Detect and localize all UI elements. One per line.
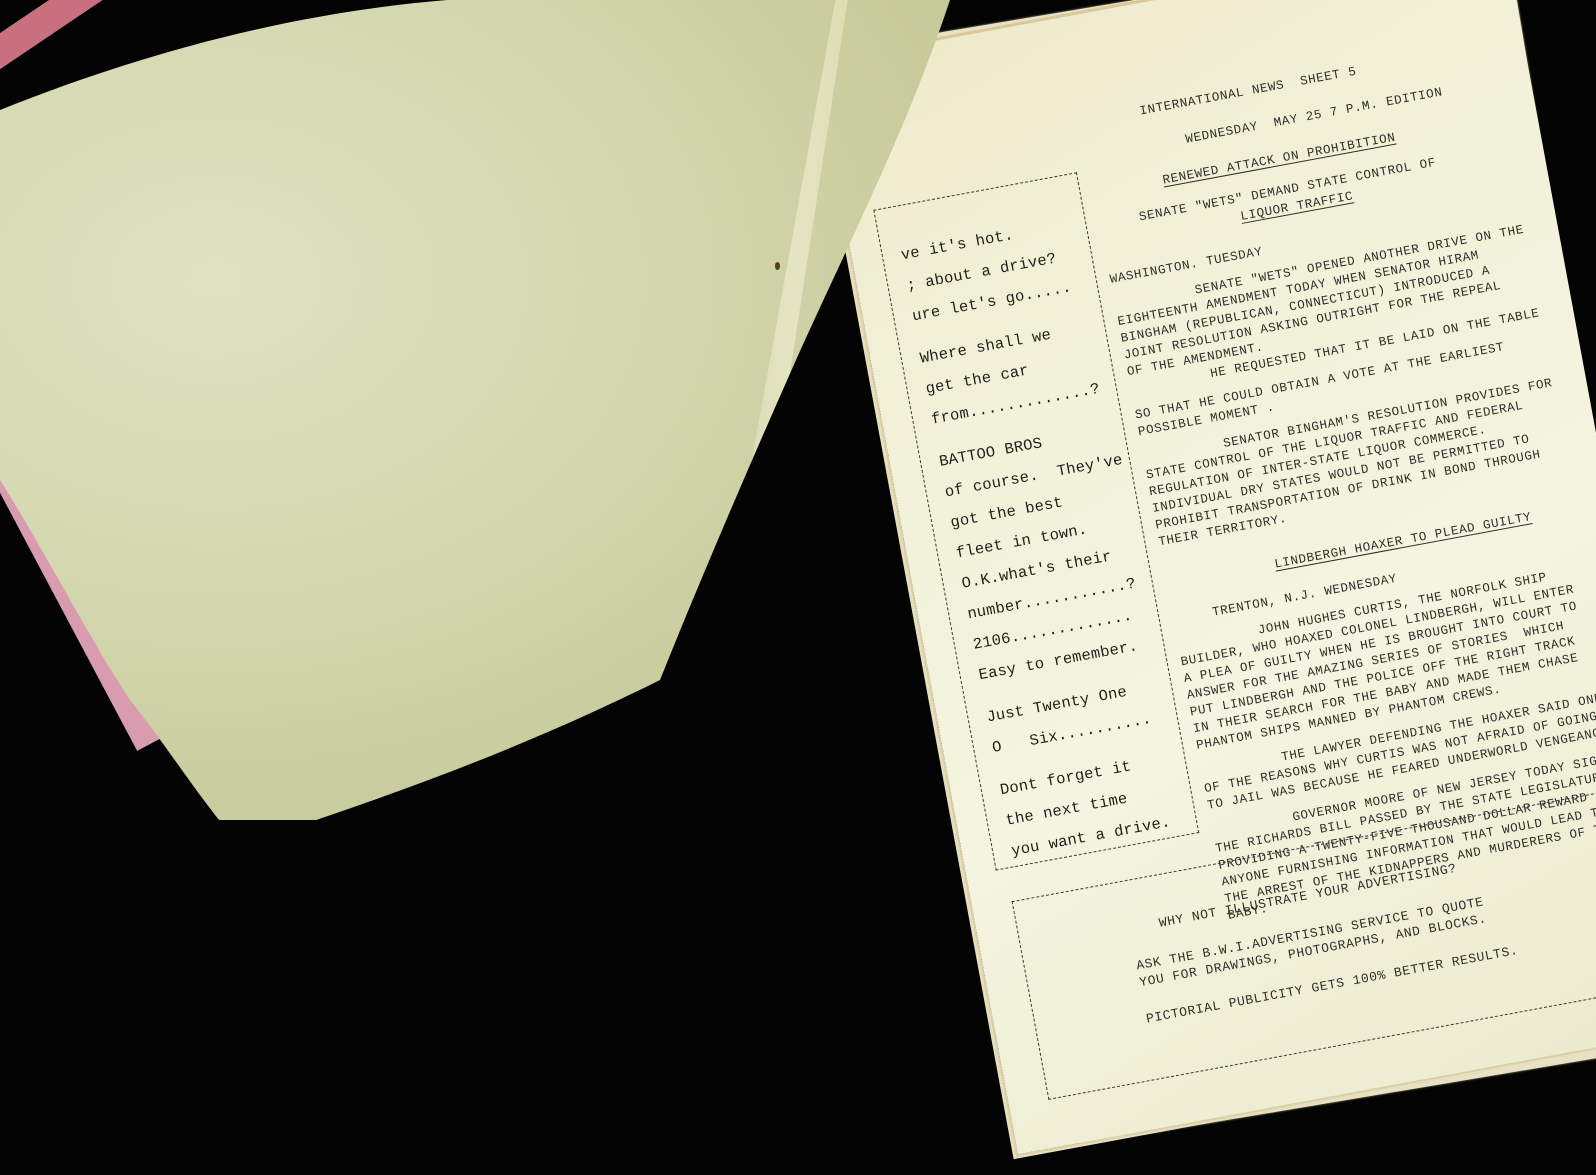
curled-page-highlight xyxy=(690,0,860,800)
taxi-ad-line: Where shall we xyxy=(919,326,1053,368)
taxi-ad-line: BATTOO BROS xyxy=(938,434,1044,471)
taxi-ad-line: ve it's hot. xyxy=(899,226,1014,264)
taxi-ad-line: got the best xyxy=(949,493,1064,531)
story2-headline: LINDBERGH HOAXER TO PLEAD GUILTY xyxy=(1273,510,1532,571)
curled-page xyxy=(0,0,950,820)
taxi-ad-lines: ve it's hot.; about a drive?ure let's go… xyxy=(874,173,1076,210)
taxi-ad-line: get the car xyxy=(924,361,1030,398)
photo-scene: INTERNATIONAL NEWS SHEET 5 WEDNESDAY MAY… xyxy=(0,0,1596,1175)
ink-spot xyxy=(775,262,780,270)
news-column: INTERNATIONAL NEWS SHEET 5 WEDNESDAY MAY… xyxy=(1080,36,1513,116)
news-sheet: INTERNATIONAL NEWS SHEET 5 WEDNESDAY MAY… xyxy=(815,0,1596,1154)
